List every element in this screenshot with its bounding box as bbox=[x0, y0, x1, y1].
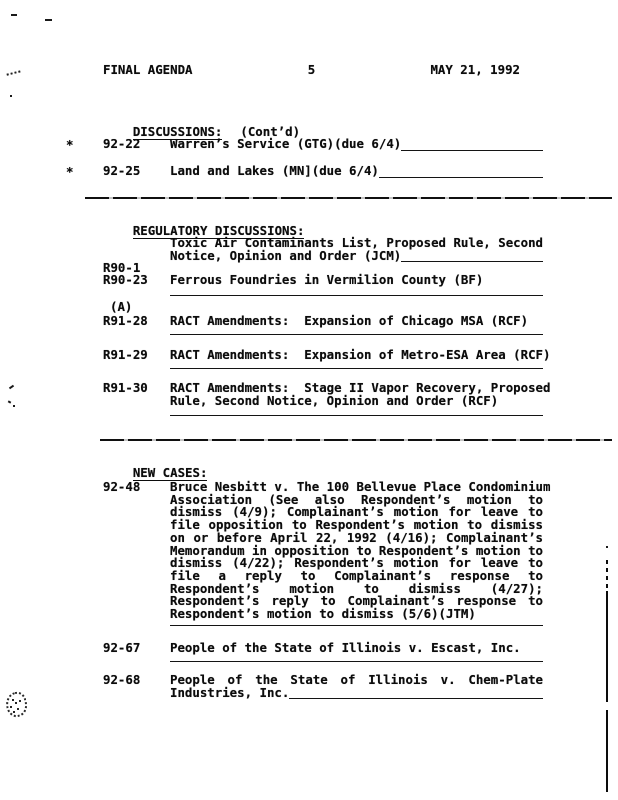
agenda-item-r90-23: R90-23 Ferrous Foundries in Vermilion Co… bbox=[103, 274, 543, 296]
asterisk-marker: * bbox=[66, 166, 73, 179]
item-text: RACT Amendments: Expansion of Chicago MS… bbox=[170, 315, 543, 328]
blank-fill-line bbox=[289, 696, 543, 699]
item-text: Industries, Inc. bbox=[170, 687, 289, 700]
blank-fill-line bbox=[379, 175, 543, 178]
scan-edge-dot bbox=[606, 546, 608, 548]
scan-artifact-dash bbox=[45, 19, 52, 21]
agenda-item-92-68: 92-68 People of the State of Illinois v.… bbox=[103, 674, 543, 699]
agenda-item-r91-29: R91-29 RACT Amendments: Expansion of Met… bbox=[103, 349, 543, 369]
page-header: FINAL AGENDA 5 MAY 21, 1992 bbox=[103, 64, 520, 77]
item-text: People of the State of Illinois v. Escas… bbox=[170, 642, 543, 655]
blank-fill-line bbox=[401, 148, 543, 151]
item-text: Rule, Second Notice, Opinion and Order (… bbox=[170, 395, 543, 408]
agenda-item-92-48: 92-48 Bruce Nesbitt v. The 100 Bellevue … bbox=[103, 481, 543, 626]
blank-fill-line bbox=[170, 415, 543, 416]
docket-number: R91-29 bbox=[103, 349, 169, 362]
page-number: 5 bbox=[193, 64, 431, 77]
docket-number: 92-22 bbox=[103, 138, 169, 151]
section-separator-line bbox=[100, 439, 612, 441]
scan-edge-line bbox=[606, 560, 608, 590]
document-page: FINAL AGENDA 5 MAY 21, 1992 DISCUSSIONS:… bbox=[0, 0, 618, 800]
scan-artifact-dot bbox=[13, 405, 15, 407]
scan-artifact-tick bbox=[8, 400, 12, 403]
scan-artifact-smudge bbox=[4, 690, 30, 719]
item-text: Respondent’s motion to dismiss (5/6)(JTM… bbox=[170, 608, 543, 621]
blank-fill-line bbox=[170, 334, 543, 335]
asterisk-marker: * bbox=[66, 139, 73, 152]
item-text: Notice, Opinion and Order (JCM) bbox=[170, 250, 401, 263]
section-separator-line bbox=[85, 197, 612, 199]
blank-fill-line bbox=[170, 368, 543, 369]
agenda-item-92-22: * 92-22 Warren’s Service (GTG)(due 6/4) bbox=[103, 138, 543, 151]
scan-artifact-squiggle bbox=[6, 70, 21, 79]
docket-number: 92-68 bbox=[103, 674, 169, 687]
item-text: Warren’s Service (GTG)(due 6/4) bbox=[170, 138, 401, 151]
docket-number: 92-67 bbox=[103, 642, 169, 655]
item-text: RACT Amendments: Expansion of Metro-ESA … bbox=[170, 349, 543, 362]
agenda-item-r90-1: R90-1 (A) Toxic Air Contaminants List, P… bbox=[103, 237, 543, 262]
scan-artifact-dot bbox=[10, 95, 12, 97]
agenda-item-92-67: 92-67 People of the State of Illinois v.… bbox=[103, 642, 543, 662]
item-text: Land and Lakes (MN](due 6/4) bbox=[170, 165, 379, 178]
blank-fill-line bbox=[170, 625, 543, 626]
docket-suffix: (A) bbox=[103, 301, 169, 314]
blank-fill-line bbox=[170, 661, 543, 662]
item-text: Ferrous Foundries in Vermilion County (B… bbox=[170, 274, 543, 287]
blank-fill-line bbox=[401, 259, 543, 262]
scan-edge-line bbox=[606, 710, 608, 792]
docket-number: R91-30 bbox=[103, 382, 169, 395]
agenda-item-r91-30: R91-30 RACT Amendments: Stage II Vapor R… bbox=[103, 382, 543, 416]
document-date: MAY 21, 1992 bbox=[430, 64, 520, 77]
docket-number: R91-28 bbox=[103, 315, 169, 328]
scan-edge-line bbox=[606, 591, 608, 702]
document-title: FINAL AGENDA bbox=[103, 64, 193, 77]
docket-number: R90-23 bbox=[103, 274, 169, 287]
agenda-item-r91-28: R91-28 RACT Amendments: Expansion of Chi… bbox=[103, 315, 543, 335]
docket-number: 92-48 bbox=[103, 481, 169, 494]
agenda-item-92-25: * 92-25 Land and Lakes (MN](due 6/4) bbox=[103, 165, 543, 178]
scan-artifact-tick bbox=[9, 385, 14, 390]
scan-artifact-dash bbox=[11, 14, 17, 16]
docket-number: 92-25 bbox=[103, 165, 169, 178]
blank-fill-line bbox=[170, 295, 543, 296]
scan-artifact-smudge-dots bbox=[12, 699, 14, 701]
